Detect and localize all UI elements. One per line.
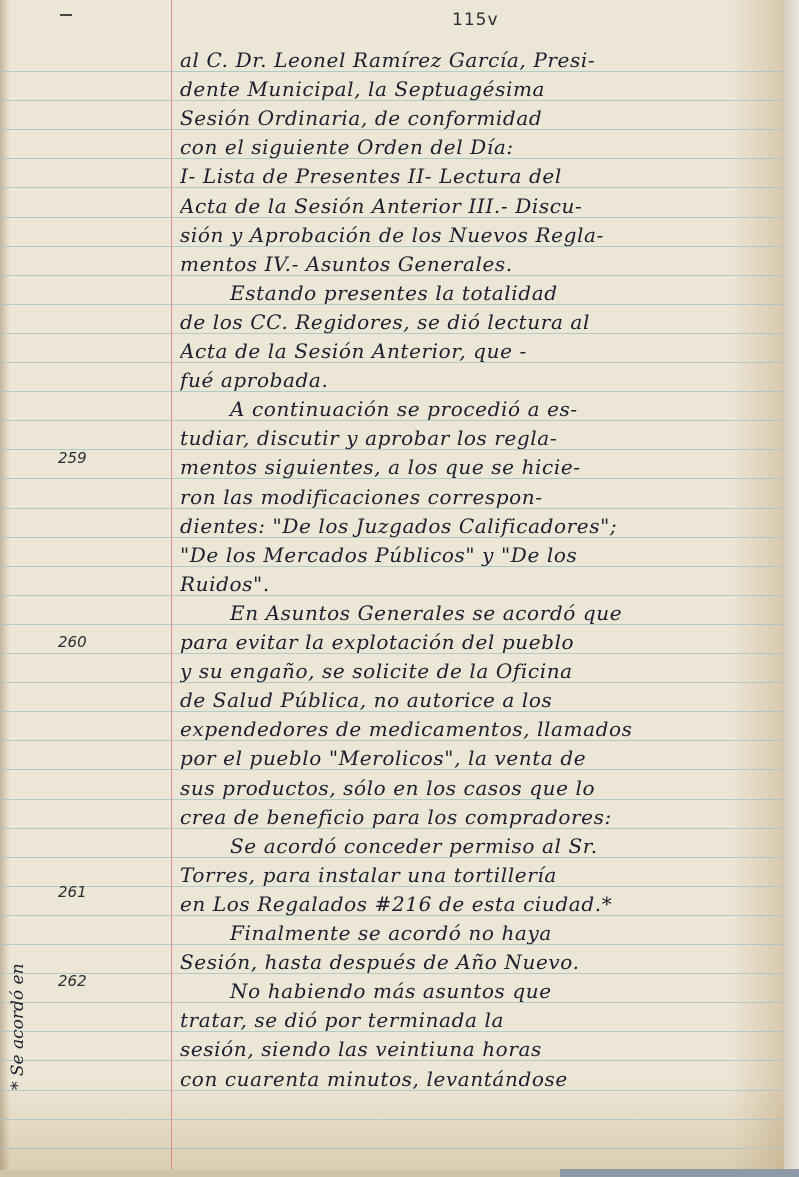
handwritten-line: Torres, para instalar una tortillería — [180, 863, 780, 887]
handwritten-line: tudiar, discutir y aprobar los regla- — [180, 426, 780, 450]
ruled-line — [0, 1119, 784, 1120]
handwritten-line: ron las modificaciones correspon- — [180, 485, 780, 509]
handwritten-line: mentos siguientes, a los que se hicie- — [180, 455, 780, 479]
handwritten-line: tratar, se dió por terminada la — [180, 1008, 780, 1032]
red-margin-line — [171, 0, 172, 1170]
bottom-background-strip — [560, 1169, 799, 1177]
handwritten-line: No habiendo más asuntos que — [180, 979, 780, 1003]
handwritten-line: de los CC. Regidores, se dió lectura al — [180, 310, 780, 334]
handwritten-line: Acta de la Sesión Anterior, que - — [180, 339, 780, 363]
handwritten-line: y su engaño, se solicite de la Oficina — [180, 659, 780, 683]
handwritten-line: en Los Regalados #216 de esta ciudad.* — [180, 892, 780, 916]
handwritten-line: al C. Dr. Leonel Ramírez García, Presi- — [180, 48, 780, 72]
handwritten-line: expendedores de medicamentos, llamados — [180, 717, 780, 741]
handwritten-line: "De los Mercados Públicos" y "De los — [180, 543, 780, 567]
handwritten-line: con el siguiente Orden del Día: — [180, 135, 780, 159]
handwritten-line: por el pueblo "Merolicos", la venta de — [180, 746, 780, 770]
entry-number: 262 — [58, 972, 87, 990]
handwritten-line: sus productos, sólo en los casos que lo — [180, 776, 780, 800]
handwritten-line: fué aprobada. — [180, 368, 780, 392]
handwritten-line: de Salud Pública, no autorice a los — [180, 688, 780, 712]
handwritten-line: con cuarenta minutos, levantándose — [180, 1067, 780, 1091]
handwritten-line: dientes: "De los Juzgados Calificadores"… — [180, 514, 780, 538]
handwritten-line: sión y Aprobación de los Nuevos Regla- — [180, 223, 780, 247]
handwritten-line: Estando presentes la totalidad — [180, 281, 780, 305]
ledger-page: 115v 259260261262 * Se acordó en al C. D… — [0, 0, 784, 1170]
handwritten-line: sesión, siendo las veintiuna horas — [180, 1037, 780, 1061]
handwritten-line: En Asuntos Generales se acordó que — [180, 601, 780, 625]
handwritten-line: Sesión, hasta después de Año Nuevo. — [180, 950, 780, 974]
handwritten-line: Finalmente se acordó no haya — [180, 921, 780, 945]
handwritten-line: Se acordó conceder permiso al Sr. — [180, 834, 780, 858]
entry-number: 260 — [58, 633, 87, 651]
handwritten-line: para evitar la explotación del pueblo — [180, 630, 780, 654]
handwritten-line: A continuación se procedió a es- — [180, 397, 780, 421]
ruled-line — [0, 1148, 784, 1149]
handwritten-line: Sesión Ordinaria, de conformidad — [180, 106, 780, 130]
handwritten-line: Acta de la Sesión Anterior III.- Discu- — [180, 194, 780, 218]
page-number: 115v — [452, 10, 499, 30]
handwritten-line: mentos IV.- Asuntos Generales. — [180, 252, 780, 276]
handwritten-line: dente Municipal, la Septuagésima — [180, 77, 780, 101]
side-note: * Se acordó en — [8, 963, 28, 1090]
handwritten-line: crea de beneficio para los compradores: — [180, 805, 780, 829]
entry-number: 259 — [58, 449, 87, 467]
top-corner-mark — [60, 14, 72, 16]
entry-number: 261 — [58, 883, 87, 901]
next-page-edge — [784, 0, 799, 1177]
handwritten-line: I- Lista de Presentes II- Lectura del — [180, 164, 780, 188]
handwritten-line: Ruidos". — [180, 572, 780, 596]
